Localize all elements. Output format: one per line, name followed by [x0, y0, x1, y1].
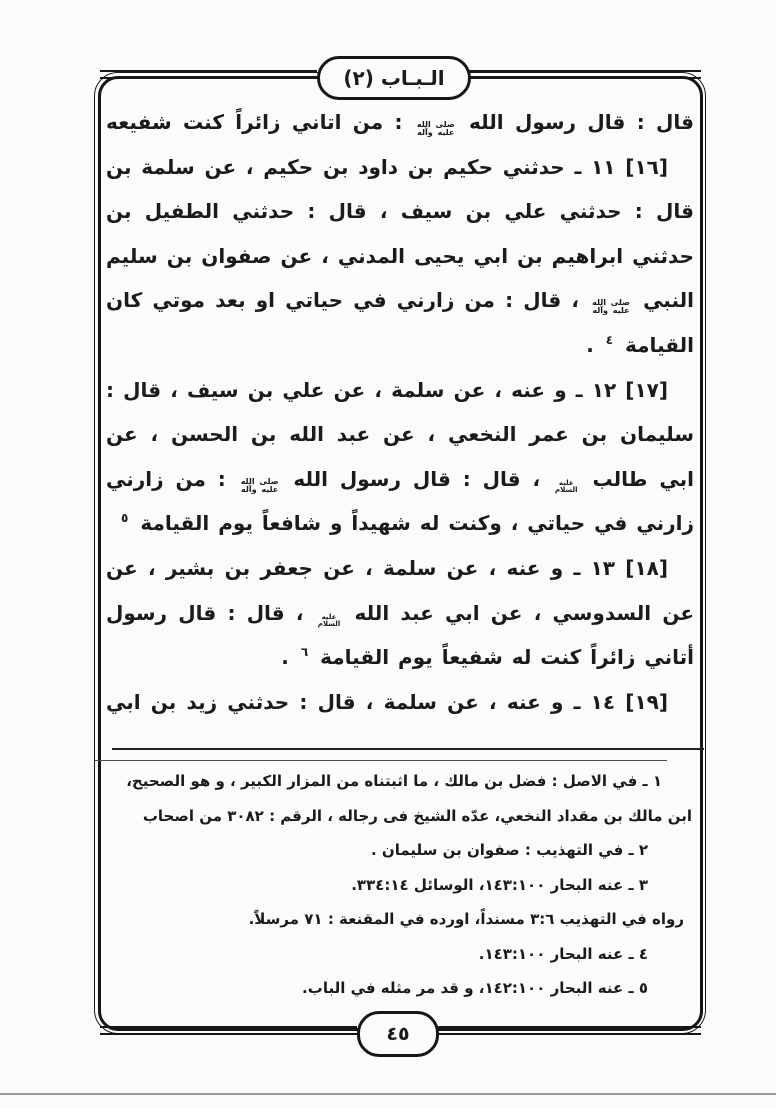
main-text-line-10: زارني في حياتي ، وكنت له شهيداً و شافعاً… [106, 501, 694, 546]
text-run: قال : قال رسول الله [458, 110, 694, 134]
text-run: [١٦] ١١ ـ حدثني حكيم بن داود بن حكيم ، ع… [106, 155, 668, 190]
text-run: ٣ ـ عنه البحار ١٤٣:١٠٠، الوسائل ٣٣٤:١٤. [351, 876, 648, 894]
footnote-line-4: ٣ ـ عنه البحار ١٤٣:١٠٠، الوسائل ٣٣٤:١٤. [106, 868, 692, 903]
footnote-line-5: رواه في التهذيب ٣:٦ مسنداً، اورده في الم… [106, 902, 692, 937]
honorific-stack-row: السلام [555, 487, 578, 494]
saw-honorific-icon: صلى اللهعليه وآله [592, 299, 630, 315]
footer-rule-left [100, 1026, 357, 1035]
text-run: [١٧] ١٢ ـ و عنه ، عن سلمة ، عن علي بن سي… [106, 378, 668, 413]
main-text-line-6: القيامة ٤ . [106, 323, 694, 368]
main-text-line-9: ابي طالب عليهالسلام ، قال : قال رسول الل… [106, 457, 694, 502]
footnote-ref-number: ٥ [121, 511, 128, 525]
chapter-header-pill: الـبـاب (٢) [317, 56, 471, 100]
footnote-ref-number: ٦ [301, 645, 308, 659]
honorific-stack-row: عليه وآله [241, 486, 278, 494]
text-run: ٤ ـ عنه البحار ١٤٣:١٠٠. [479, 945, 648, 963]
footnote-line-6: ٤ ـ عنه البحار ١٤٣:١٠٠. [106, 937, 692, 972]
text-run: . [586, 333, 603, 357]
text-run: النبي [633, 288, 694, 312]
text-run: عن السدوسي ، عن ابي عبد الله [343, 601, 694, 625]
text-run: أتاني زائراً كنت له شفيعاً يوم القيامة [311, 645, 694, 669]
text-run: ٢ ـ في التهذيب : صفوان بن سليمان . [371, 841, 648, 859]
footnote-ref-number: ٤ [606, 333, 613, 347]
footnotes-block: ١ ـ في الاصل : فضل بن مالك ، ما اثبتناه … [106, 764, 692, 1006]
main-text-line-1: قال : قال رسول الله صلى اللهعليه وآله : … [106, 100, 694, 145]
saw-honorific-icon: صلى اللهعليه وآله [417, 121, 455, 137]
footnote-line-3: ٢ ـ في التهذيب : صفوان بن سليمان . [106, 833, 692, 868]
text-run: رواه في التهذيب ٣:٦ مسنداً، اورده في الم… [249, 910, 684, 928]
main-text-line-13: أتاني زائراً كنت له شفيعاً يوم القيامة ٦… [106, 635, 694, 680]
header-rule-left [100, 70, 317, 79]
header-rule-right [465, 70, 701, 79]
as-honorific-icon: عليهالسلام [555, 480, 578, 494]
main-text-line-4: حدثني ابراهيم بن ابي يحيى المدني ، عن صف… [106, 234, 694, 279]
text-run: ابن مالك بن مقداد النخعي، عدّه الشيخ فى … [143, 807, 692, 834]
as-honorific-icon: عليهالسلام [318, 614, 341, 628]
saw-honorific-icon: صلى اللهعليه وآله [241, 478, 279, 494]
text-run: زارني في حياتي ، وكنت له شهيداً و شافعاً… [131, 511, 694, 535]
footnote-separator-rule-upper [112, 748, 704, 750]
main-text-line-7: [١٧] ١٢ ـ و عنه ، عن سلمة ، عن علي بن سي… [106, 368, 694, 413]
text-run: [١٩] ١٤ ـ و عنه ، عن سلمة ، قال : حدثني … [106, 690, 668, 725]
scan-edge-line [0, 1093, 776, 1095]
text-run: قال : حدثني علي بن سيف ، قال : حدثني الط… [106, 199, 694, 234]
footnote-separator-rule-lower [95, 760, 667, 761]
main-text-line-5: النبي صلى اللهعليه وآله ، قال : من زارني… [106, 278, 694, 323]
footer-rule-right [433, 1026, 701, 1035]
main-text-line-3: قال : حدثني علي بن سيف ، قال : حدثني الط… [106, 189, 694, 234]
footnote-line-2: ابن مالك بن مقداد النخعي، عدّه الشيخ فى … [106, 799, 692, 834]
honorific-stack-row: عليه وآله [417, 129, 454, 137]
honorific-stack-row: السلام [318, 621, 341, 628]
text-run: القيامة [616, 333, 694, 357]
main-text-block: قال : قال رسول الله صلى اللهعليه وآله : … [106, 100, 694, 724]
main-text-line-12: عن السدوسي ، عن ابي عبد الله عليهالسلام … [106, 591, 694, 636]
footnote-line-7: ٥ ـ عنه البحار ١٤٢:١٠٠، و قد مر مثله في … [106, 971, 692, 1006]
text-run: ١ ـ في الاصل : فضل بن مالك ، ما اثبتناه … [126, 772, 662, 799]
text-run: ٥ ـ عنه البحار ١٤٢:١٠٠، و قد مر مثله في … [302, 979, 648, 997]
text-run: ابي طالب [581, 467, 694, 491]
honorific-stack-row: عليه وآله [592, 307, 629, 315]
main-text-line-8: سليمان بن عمر النخعي ، عن عبد الله بن ال… [106, 412, 694, 457]
scanned-book-page: { "header": { "title": "الـبـاب (٢)" }, … [0, 0, 776, 1108]
chapter-title: الـبـاب (٢) [343, 66, 444, 90]
main-text-line-2: [١٦] ١١ ـ حدثني حكيم بن داود بن حكيم ، ع… [106, 145, 694, 190]
main-text-line-14: [١٩] ١٤ ـ و عنه ، عن سلمة ، قال : حدثني … [106, 680, 694, 725]
text-run: ، قال : قال رسول الله [281, 467, 552, 491]
page-number: ٤٥ [386, 1023, 409, 1045]
text-run: سليمان بن عمر النخعي ، عن عبد الله بن ال… [106, 422, 694, 457]
text-run: حدثني ابراهيم بن ابي يحيى المدني ، عن صف… [106, 244, 694, 268]
text-run: [١٨] ١٣ ـ و عنه ، عن سلمة ، عن جعفر بن ب… [106, 556, 668, 591]
page-number-pill: ٤٥ [357, 1011, 439, 1057]
footnote-line-1: ١ ـ في الاصل : فضل بن مالك ، ما اثبتناه … [106, 764, 692, 799]
main-text-line-11: [١٨] ١٣ ـ و عنه ، عن سلمة ، عن جعفر بن ب… [106, 546, 694, 591]
text-run: . [281, 645, 298, 669]
